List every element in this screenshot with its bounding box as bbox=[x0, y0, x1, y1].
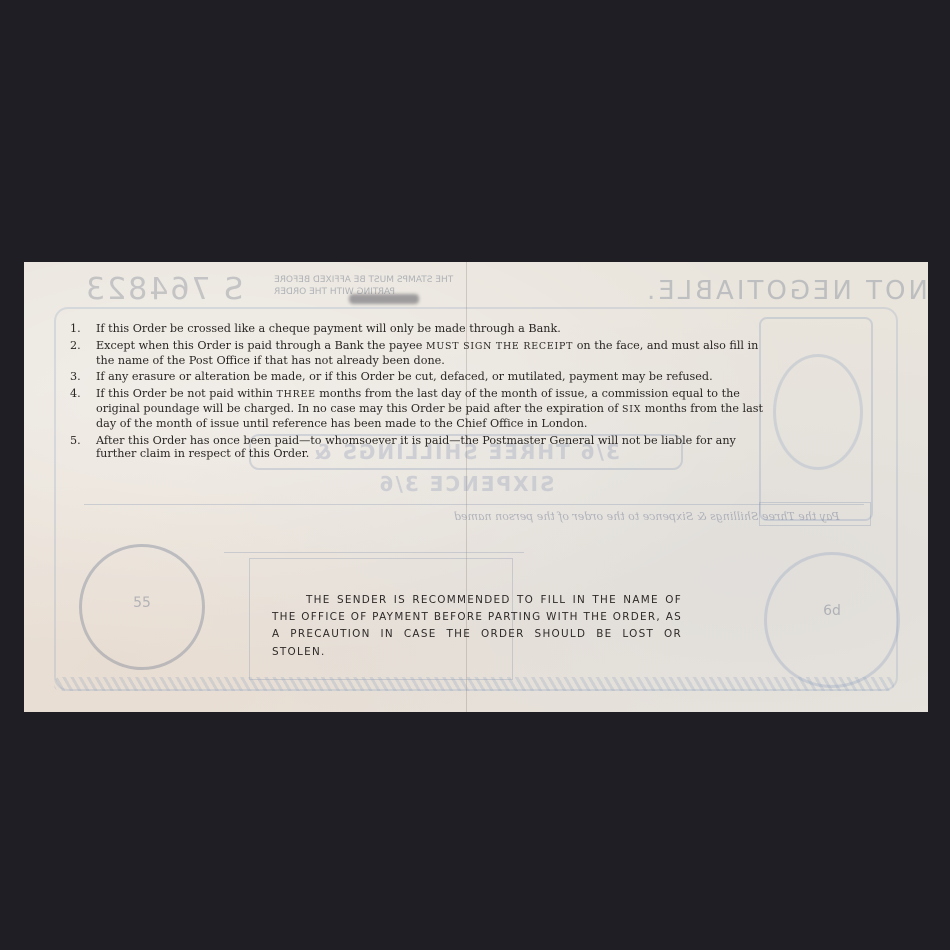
show-through-rule bbox=[84, 504, 864, 505]
show-through-serial-number: S 764823 bbox=[84, 272, 243, 307]
postal-order-reverse: S 764823 THE STAMPS MUST BE AFFIXED BEFO… bbox=[24, 262, 928, 712]
condition-item: 1.If this Order be crossed like a cheque… bbox=[64, 322, 764, 336]
show-through-postmark-stamp: 55 bbox=[79, 544, 205, 670]
show-through-not-negotiable: NOT NEGOTIABLE. bbox=[644, 276, 928, 306]
condition-item: 3.If any erasure or alteration be made, … bbox=[64, 370, 764, 384]
show-through-value-stamp: 6d bbox=[764, 552, 900, 688]
show-through-label-box bbox=[759, 502, 871, 526]
condition-item: 5.After this Order has once been paid—to… bbox=[64, 434, 764, 462]
condition-item: 4.If this Order be not paid within THREE… bbox=[64, 387, 764, 430]
conditions-list: 1.If this Order be crossed like a cheque… bbox=[64, 322, 764, 464]
show-through-guilloche bbox=[54, 677, 894, 691]
show-through-rule bbox=[224, 552, 524, 553]
condition-item: 2.Except when this Order is paid through… bbox=[64, 339, 764, 368]
ink-smudge bbox=[349, 294, 419, 304]
show-through-portrait-frame bbox=[759, 317, 873, 521]
sender-notice: THE SENDER IS RECOMMENDED TO FILL IN THE… bbox=[272, 592, 682, 661]
